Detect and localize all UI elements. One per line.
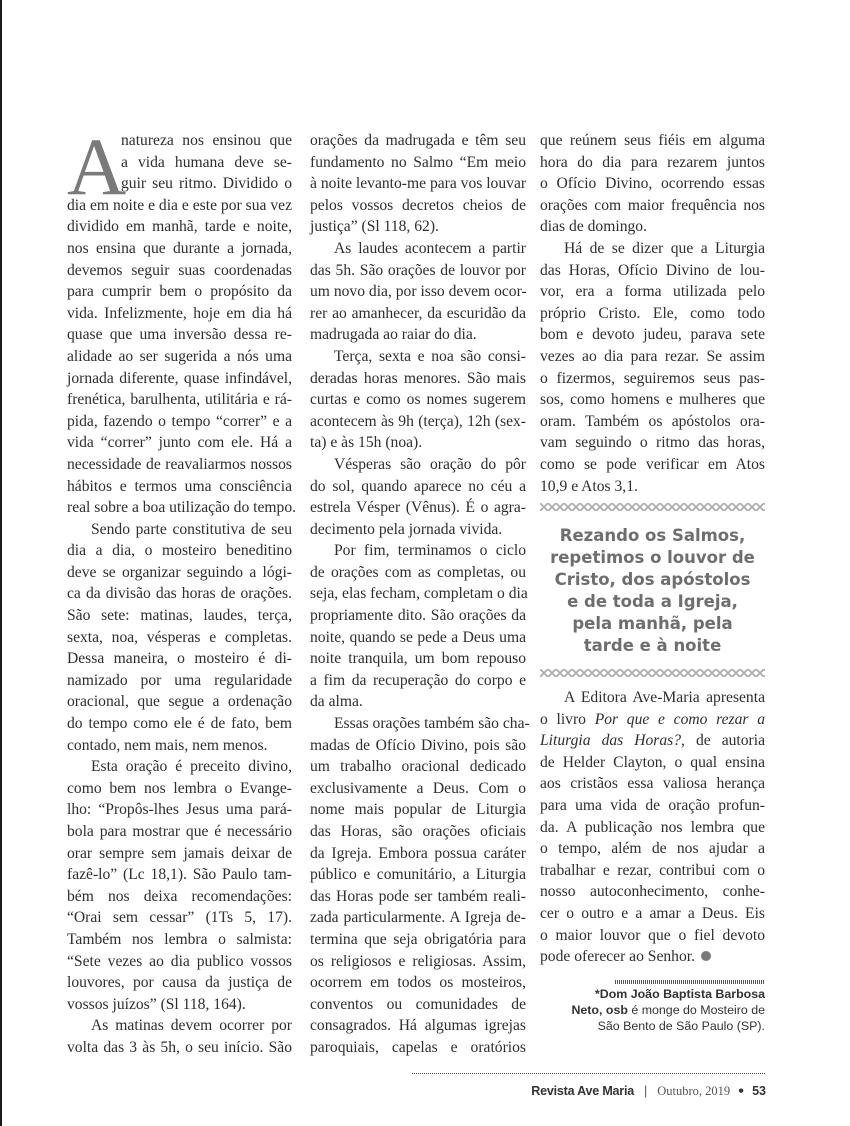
page-edge	[0, 0, 2, 1126]
pull-quote-line: tarde e à noite	[540, 635, 765, 657]
text-line: ocorrem em todos os mosteiros,	[310, 972, 526, 994]
text-line: São sete: matinas, laudes, terça,	[67, 605, 292, 627]
paragraph: Terça, sexta e noa são consi- deradas ho…	[310, 346, 526, 454]
text-line: orações da madrugada e têm seu	[310, 130, 526, 152]
text-line: “Sete vezes ao dia publico vossos	[67, 951, 292, 973]
pull-quote-line: Cristo, dos apóstolos	[540, 569, 765, 591]
text-line: bola para mostrar que é necessário	[67, 821, 292, 843]
text-line: dia a dia, o mosteiro beneditino	[67, 540, 292, 562]
text-line: bém nos deixa recomendações:	[67, 886, 292, 908]
text-line: A Editora Ave-Maria apresenta	[540, 687, 765, 709]
diamond-divider-bottom	[540, 669, 765, 677]
text-line: quase que uma inversão dessa re-	[67, 324, 292, 346]
text-line: propriamente dito. São orações da	[310, 605, 526, 627]
text-line: Dessa maneira, o mosteiro é di-	[67, 648, 292, 670]
text-line: volta das 3 às 5h, o seu início. São	[67, 1037, 292, 1059]
text-line: o maior louvor que o fiel devoto	[540, 925, 765, 947]
paragraph: As laudes acontecem a partir das 5h. São…	[310, 238, 526, 346]
text-line: das Horas, Ofício Divino de lou-	[540, 260, 765, 282]
text-line: exclusivamente a Deus. Com o	[310, 778, 526, 800]
text-line: sexta, noa, vésperas e completas.	[67, 627, 292, 649]
text-line: vida. Infelizmente, hoje em dia há	[67, 303, 292, 325]
diamond-divider-top	[540, 503, 765, 511]
text-line: vossos juízos” (Sl 118, 164).	[67, 994, 292, 1016]
page-number: 53	[752, 1084, 766, 1098]
bullet-icon: •	[737, 1083, 745, 1098]
paragraph: Sendo parte constitutiva de seu dia a di…	[67, 519, 292, 757]
text-line: jornada diferente, quase infindável,	[67, 368, 292, 390]
text-line: o Ofício Divino, ocorrendo essas	[540, 173, 765, 195]
text-line: como bem nos lembra o Evange-	[67, 778, 292, 800]
end-of-article-bullet-icon	[701, 951, 711, 961]
paragraph: As matinas devem ocorrer por volta das 3…	[67, 1015, 292, 1058]
text-line: da. A publicação nos lembra que	[540, 817, 765, 839]
text-line: ta) e às 15h (noa).	[310, 432, 526, 454]
text-line: pode oferecer ao Senhor.	[540, 946, 765, 968]
text-line: consagrados. Há algumas igrejas	[310, 1015, 526, 1037]
text-line: As matinas devem ocorrer por	[67, 1015, 292, 1037]
text-line: nos ensina que durante a jornada,	[67, 238, 292, 260]
pull-quote-line: e de toda a Igreja,	[540, 591, 765, 613]
text-line: noite tranquila, um bom repouso	[310, 648, 526, 670]
paragraph: Esta oração é preceito divino, como bem …	[67, 756, 292, 1015]
text-line: trabalhar e rezar, contribui com o	[540, 860, 765, 882]
text-line: oracional, que segue a ordenação	[67, 691, 292, 713]
text-line: louvores, por causa da justiça de	[67, 972, 292, 994]
text-line: frenética, barulhenta, utilitária e rá-	[67, 389, 292, 411]
text-line: lho: “Propôs-lhes Jesus uma pará-	[67, 799, 292, 821]
text-line: vor, era a forma utilizada pelo	[540, 281, 765, 303]
text-line: pida, fazendo o tempo “correr” e a	[67, 411, 292, 433]
text-line: do tempo como ele é de fato, bem	[67, 713, 292, 735]
author-name: Neto, osb	[571, 1003, 627, 1017]
text-line: zada particularmente. A Igreja de-	[310, 907, 526, 929]
footer-separator: |	[644, 1084, 647, 1098]
text-line: de Helder Clayton, o qual ensina	[540, 752, 765, 774]
text-line: das Horas pode ser também reali-	[310, 886, 526, 908]
text-fragment: o livro	[540, 711, 595, 728]
text-line: Por fim, terminamos o ciclo	[310, 540, 526, 562]
text-fragment: pode oferecer ao Senhor.	[540, 948, 695, 965]
issue-date: Outubro, 2019	[657, 1084, 730, 1098]
text-line: contado, nem mais, nem menos.	[67, 735, 292, 757]
text-line: conventos ou comunidades de	[310, 994, 526, 1016]
pull-quote-line: pela manhã, pela	[540, 613, 765, 635]
text-line: ca da divisão das horas de orações.	[67, 583, 292, 605]
text-line: Esta oração é preceito divino,	[67, 756, 292, 778]
text-line: seja, elas fecham, completam o dia	[310, 583, 526, 605]
text-line: vezes ao dia para rezar. Se assim	[540, 346, 765, 368]
pull-quote: Rezando os Salmos, repetimos o louvor de…	[540, 517, 765, 663]
magazine-name: Revista Ave Maria	[531, 1084, 634, 1098]
article-column-3: que reúnem seus fiéis em alguma hora do …	[540, 130, 765, 1034]
text-line: madas de Ofício Divino, pois são	[310, 735, 526, 757]
paragraph: orações da madrugada e têm seu fundament…	[310, 130, 526, 238]
text-line: vam seguindo o ritmo das horas,	[540, 432, 765, 454]
text-line: fundamento no Salmo “Em meio	[310, 152, 526, 174]
text-line: das Horas, são orações oficiais	[310, 821, 526, 843]
drop-cap: A	[67, 134, 126, 200]
text-line: que reúnem seus fiéis em alguma	[540, 130, 765, 152]
text-line: “Orai sem cessar” (1Ts 5, 17).	[67, 907, 292, 929]
text-line: Sendo parte constitutiva de seu	[67, 519, 292, 541]
text-line: hábitos e termos uma consciência	[67, 476, 292, 498]
page-footer: Revista Ave Maria | Outubro, 2019 • 53	[531, 1083, 766, 1099]
text-line: das 5h. São orações de louvor por	[310, 260, 526, 282]
book-title: Por que e como rezar a	[595, 711, 765, 728]
text-line: termina que seja obrigatória para	[310, 929, 526, 951]
text-line: o livro Por que e como rezar a	[540, 709, 765, 731]
text-line: Também nos lembra o salmista:	[67, 929, 292, 951]
author-description: São Bento de São Paulo (SP).	[540, 1018, 765, 1034]
footer-rule	[412, 1073, 766, 1074]
book-title: Liturgia das Horas?	[540, 732, 681, 749]
text-line: à noite levanto-me para vos louvar	[310, 173, 526, 195]
text-line: cer o outro e a amar a Deus. Eis	[540, 903, 765, 925]
text-line: acontecem às 9h (terça), 12h (sex-	[310, 411, 526, 433]
paragraph: Essas orações também são cha- madas de O…	[310, 713, 526, 1059]
text-line: orações com maior frequência nos	[540, 195, 765, 217]
text-line: o tempo, além de nos ajudar a	[540, 838, 765, 860]
text-line: madrugada ao raiar do dia.	[310, 324, 526, 346]
text-line: nome mais popular de Liturgia	[310, 799, 526, 821]
text-line: sos, como homens e mulheres que	[540, 389, 765, 411]
author-description: é monge do Mosteiro de	[628, 1003, 765, 1017]
text-line: um trabalho oracional dedicado	[310, 756, 526, 778]
text-line: próprio Cristo. Ele, como todo	[540, 303, 765, 325]
article-column-2: orações da madrugada e têm seu fundament…	[310, 130, 526, 1059]
text-line: Vésperas são oração do pôr	[310, 454, 526, 476]
text-line: o fizermos, seguiremos seus pas-	[540, 368, 765, 390]
author-name: *Dom João Baptista Barbosa	[595, 987, 765, 1001]
text-line: do sol, quando aparece no céu a	[310, 476, 526, 498]
text-line: estrela Vésper (Vênus). É o agra-	[310, 497, 526, 519]
text-line: curtas e como os nomes sugerem	[310, 389, 526, 411]
article-column-1: A natureza nos ensinou que a vida humana…	[67, 130, 292, 1059]
text-line: de orações com as completas, ou	[310, 562, 526, 584]
text-line: noite, quando se pede a Deus uma	[310, 627, 526, 649]
text-line: da alma.	[310, 691, 526, 713]
text-line: público e comunitário, a Liturgia	[310, 864, 526, 886]
pull-quote-line: Rezando os Salmos,	[540, 525, 765, 547]
text-line: dividido em manhã, tarde e noite,	[67, 216, 292, 238]
text-line: um novo dia, por isso devem ocor-	[310, 281, 526, 303]
text-line: vida “correr” junto com ele. Há a	[67, 432, 292, 454]
text-line: justiça” (Sl 118, 62).	[310, 216, 526, 238]
text-line: deve se organizar seguindo a lógi-	[67, 562, 292, 584]
text-line: alidade ao ser sugerida a nós uma	[67, 346, 292, 368]
text-line: namizado por uma regularidade	[67, 670, 292, 692]
text-line: real sobre a boa utilização do tempo.	[67, 497, 292, 519]
text-line: fazê-lo” (Lc 18,1). São Paulo tam-	[67, 864, 292, 886]
text-line: paroquiais, capelas e oratórios	[310, 1037, 526, 1059]
text-line: 10,9 e Atos 3,1.	[540, 476, 765, 498]
text-line: os religiosos e religiosas. Assim,	[310, 951, 526, 973]
text-line: dias de domingo.	[540, 216, 765, 238]
text-line: para cumprir bem o propósito da	[67, 281, 292, 303]
text-line: nosso autoconhecimento, conhe-	[540, 881, 765, 903]
author-bio: *Dom João Baptista Barbosa Neto, osb é m…	[540, 980, 765, 1034]
text-line: a fim da recuperação do corpo e	[310, 670, 526, 692]
text-line: para uma vida de oração profun-	[540, 795, 765, 817]
text-line: da Igreja. Embora possua caráter	[310, 843, 526, 865]
paragraph: Por fim, terminamos o ciclo de orações c…	[310, 540, 526, 713]
text-line: Terça, sexta e noa são consi-	[310, 346, 526, 368]
paragraph: Vésperas são oração do pôr do sol, quand…	[310, 454, 526, 540]
author-rule	[615, 980, 765, 984]
text-line: orar sempre sem jamais deixar de	[67, 843, 292, 865]
text-line: deradas horas menores. São mais	[310, 368, 526, 390]
text-line: rer ao amanhecer, da escuridão da	[310, 303, 526, 325]
text-line: pelos vossos decretos cheios de	[310, 195, 526, 217]
text-line: necessidade de reavaliarmos nossos	[67, 454, 292, 476]
text-line: como se pode verificar em Atos	[540, 454, 765, 476]
text-line: Liturgia das Horas?, de autoria	[540, 730, 765, 752]
paragraph: dia em noite e dia e este por sua vez di…	[67, 195, 292, 519]
text-line: Há de se dizer que a Liturgia	[540, 238, 765, 260]
text-line: oram. Também os apóstolos ora-	[540, 411, 765, 433]
paragraph: que reúnem seus fiéis em alguma hora do …	[540, 130, 765, 238]
text-line: aos cristãos essa valiosa herança	[540, 773, 765, 795]
text-line: Essas orações também são cha-	[310, 713, 526, 735]
paragraph: A Editora Ave-Maria apresenta o livro Po…	[540, 687, 765, 968]
text-fragment: , de autoria	[681, 732, 765, 749]
paragraph: Há de se dizer que a Liturgia das Horas,…	[540, 238, 765, 497]
text-line: As laudes acontecem a partir	[310, 238, 526, 260]
pull-quote-line: repetimos o louvor de	[540, 547, 765, 569]
text-line: devemos seguir suas coordenadas	[67, 260, 292, 282]
text-line: bom e devoto judeu, parava sete	[540, 324, 765, 346]
text-line: hora do dia para rezarem juntos	[540, 152, 765, 174]
text-line: decimento pela jornada vivida.	[310, 519, 526, 541]
